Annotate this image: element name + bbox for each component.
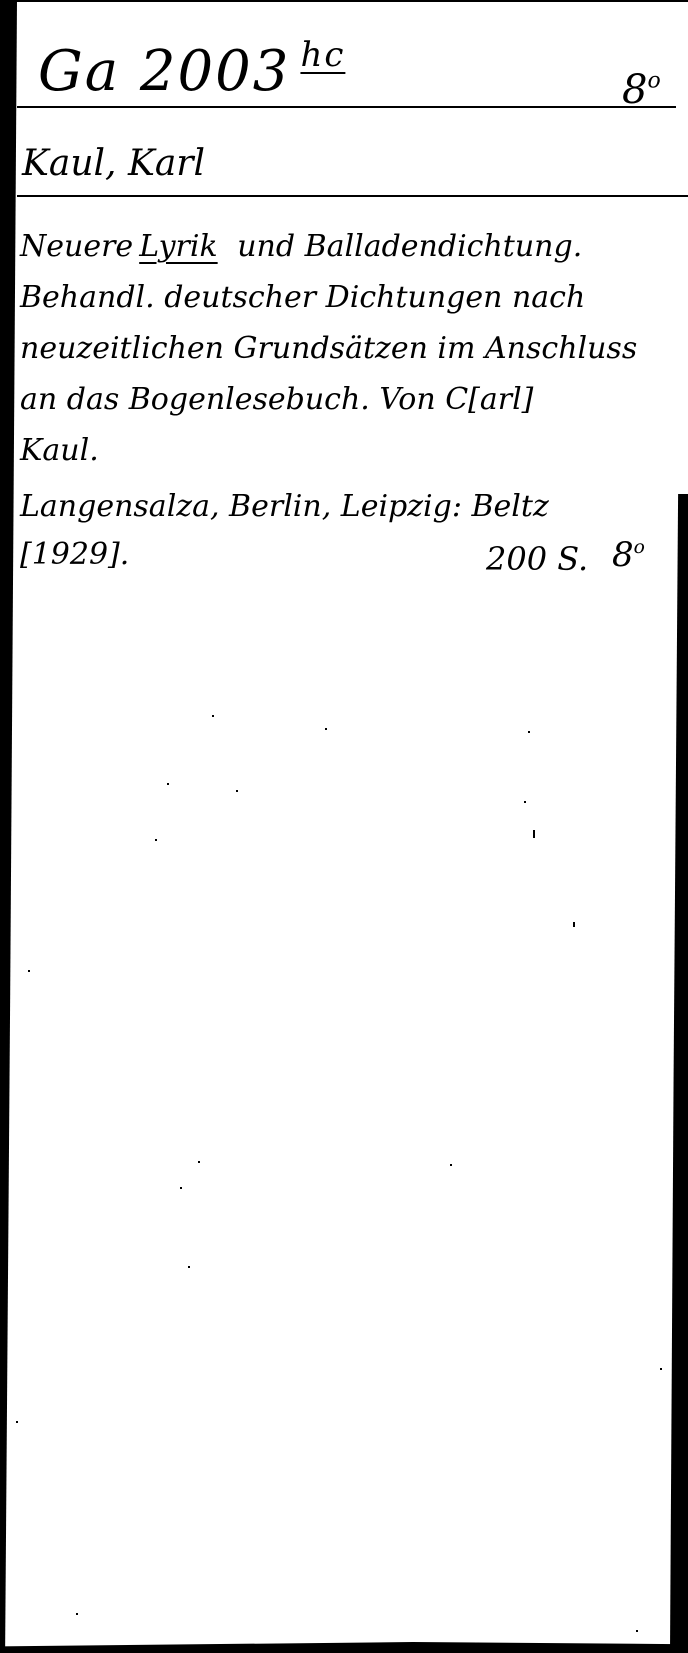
scan-speck [573,922,575,927]
scan-speck [212,715,214,717]
scan-border-top [0,0,688,2]
scan-speck [524,801,526,803]
scan-speck [198,1161,200,1163]
scan-speck [660,1368,662,1370]
call-number-suffix: hc [300,35,345,75]
year-line: [1929]. [20,540,129,570]
format-top-value: 8 [622,67,647,113]
scan-speck [76,1613,78,1615]
title-keyword-underlined: Lyrik [139,229,227,264]
format-bottom: 8o [612,538,645,572]
catalog-card: Ga 2003hc 8o Kaul, Karl NeuereLyrik und … [0,0,688,1653]
scan-speck [636,1630,638,1632]
author-heading: Kaul, Karl [22,146,205,182]
scan-speck [450,1164,452,1166]
body-line-3: neuzeitlichen Grundsätzen im Anschluss [20,334,637,364]
body-line-5: Kaul. [20,436,99,466]
format-top: 8o [622,70,661,110]
pagination: 200 S. [486,540,588,578]
scan-speck [167,783,169,785]
body-line-2: Behandl. deutscher Dichtungen nach [20,283,585,313]
scan-speck [155,839,157,841]
ruled-line-top [17,106,676,108]
scan-speck [325,728,327,730]
scan-border-right [670,494,688,1653]
scan-speck [533,830,535,838]
format-top-superscript: o [647,69,660,94]
format-bottom-superscript: o [634,537,645,558]
call-number: Ga 2003hc [38,44,345,100]
title-post: und Balladendichtung. [237,229,582,264]
imprint-line: Langensalza, Berlin, Leipzig: Beltz [20,492,549,522]
call-number-base: Ga 2003 [38,39,290,104]
scan-border-left [0,0,17,1653]
scan-speck [236,790,238,792]
format-bottom-value: 8 [612,535,634,575]
title-line: NeuereLyrik und Balladendichtung. [20,232,582,262]
body-line-4: an das Bogenlesebuch. Von C[arl] [20,385,533,415]
scan-speck [528,731,530,733]
scan-speck [28,970,30,972]
title-pre: Neuere [20,229,133,264]
scan-speck [16,1421,18,1423]
scan-speck [180,1187,182,1189]
ruled-line-heading [17,195,688,197]
scan-speck [188,1266,190,1268]
scan-border-bottom [0,1642,688,1653]
